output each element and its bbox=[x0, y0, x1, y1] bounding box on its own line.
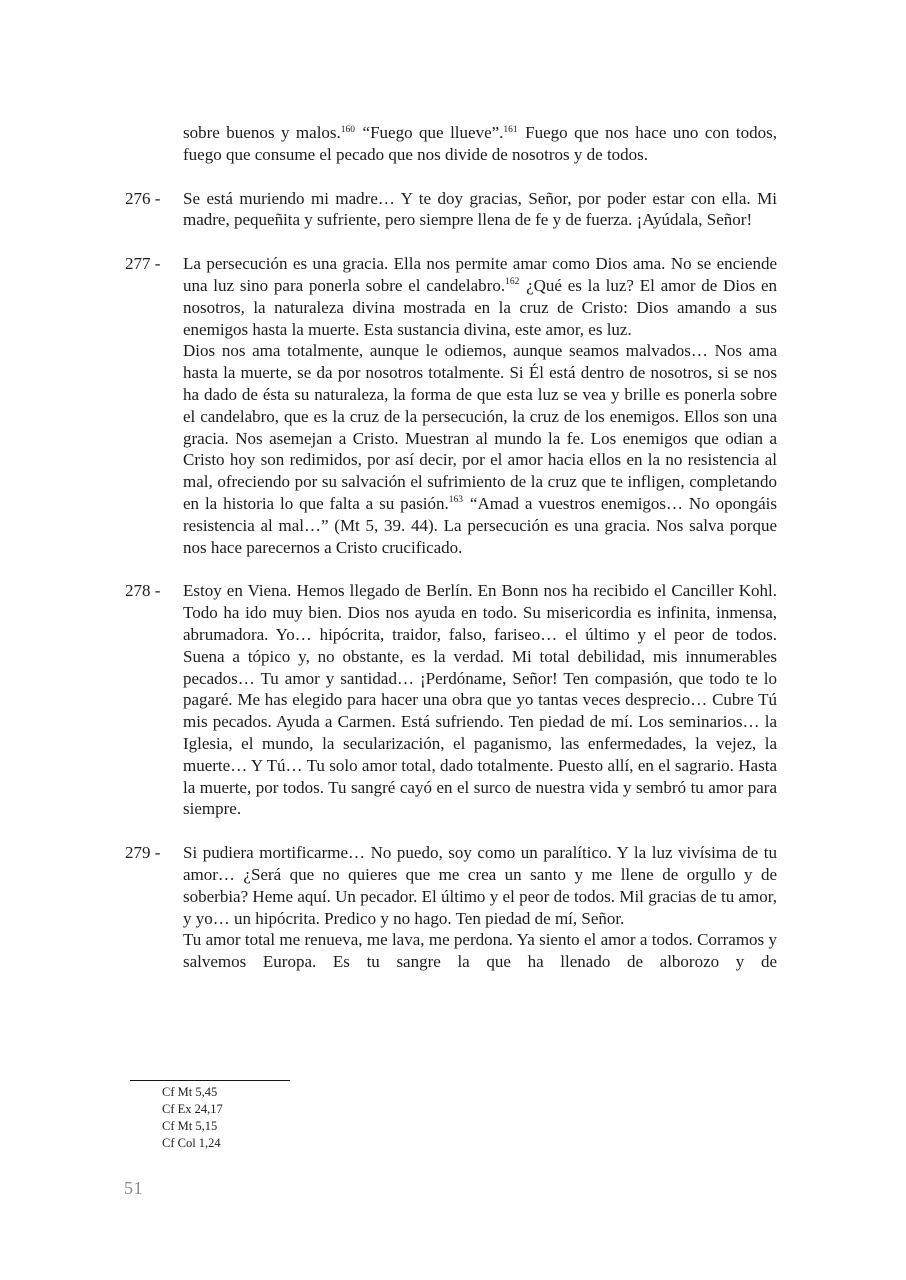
entry-278: 278 -Estoy en Viena. Hemos llegado de Be… bbox=[125, 580, 777, 820]
footnote: Cf Mt 5,45 bbox=[162, 1084, 223, 1101]
text-run: Estoy en Viena. Hemos llegado de Berlín.… bbox=[183, 581, 777, 818]
entry-number: 276 - bbox=[125, 188, 183, 232]
entry-body: Estoy en Viena. Hemos llegado de Berlín.… bbox=[183, 580, 777, 820]
entry-number: 277 - bbox=[125, 253, 183, 558]
text-run: Se está muriendo mi madre… Y te doy grac… bbox=[183, 189, 777, 230]
paragraph: Si pudiera mortificarme… No puedo, soy c… bbox=[183, 842, 777, 929]
paragraph: sobre buenos y malos.160 “Fuego que llue… bbox=[183, 122, 777, 166]
paragraph: Tu amor total me renueva, me lava, me pe… bbox=[183, 929, 777, 973]
entry-body: sobre buenos y malos.160 “Fuego que llue… bbox=[183, 122, 777, 166]
footnote-list: Cf Mt 5,45Cf Ex 24,17Cf Mt 5,15Cf Col 1,… bbox=[162, 1084, 223, 1152]
entry-276: 276 -Se está muriendo mi madre… Y te doy… bbox=[125, 188, 777, 232]
footnote-reference: 163 bbox=[449, 495, 463, 505]
entry-279: 279 -Si pudiera mortificarme… No puedo, … bbox=[125, 842, 777, 973]
entry-body: La persecución es una gracia. Ella nos p… bbox=[183, 253, 777, 558]
entry-number bbox=[125, 122, 183, 166]
footnote: Cf Mt 5,15 bbox=[162, 1118, 223, 1135]
paragraph: Dios nos ama totalmente, aunque le odiem… bbox=[183, 340, 777, 558]
footnote-reference: 160 bbox=[341, 125, 355, 135]
page-number: 51 bbox=[124, 1178, 143, 1199]
text-run: “Fuego que llueve”. bbox=[356, 123, 503, 142]
paragraph: Se está muriendo mi madre… Y te doy grac… bbox=[183, 188, 777, 232]
paragraph: La persecución es una gracia. Ella nos p… bbox=[183, 253, 777, 340]
entry-277: 277 -La persecución es una gracia. Ella … bbox=[125, 253, 777, 558]
footnote-reference: 161 bbox=[503, 125, 517, 135]
entry-number: 278 - bbox=[125, 580, 183, 820]
entry-body: Si pudiera mortificarme… No puedo, soy c… bbox=[183, 842, 777, 973]
text-run: Tu amor total me renueva, me lava, me pe… bbox=[183, 930, 777, 971]
entry-number: 279 - bbox=[125, 842, 183, 973]
text-block: sobre buenos y malos.160 “Fuego que llue… bbox=[125, 122, 777, 973]
footnote: Cf Col 1,24 bbox=[162, 1135, 223, 1152]
footnote-reference: 162 bbox=[505, 277, 519, 287]
text-run: Dios nos ama totalmente, aunque le odiem… bbox=[183, 341, 777, 513]
entry-continuation: sobre buenos y malos.160 “Fuego que llue… bbox=[125, 122, 777, 166]
entry-body: Se está muriendo mi madre… Y te doy grac… bbox=[183, 188, 777, 232]
text-run: Si pudiera mortificarme… No puedo, soy c… bbox=[183, 843, 777, 927]
footnote-separator bbox=[130, 1080, 290, 1081]
text-run: sobre buenos y malos. bbox=[183, 123, 341, 142]
footnote: Cf Ex 24,17 bbox=[162, 1101, 223, 1118]
paragraph: Estoy en Viena. Hemos llegado de Berlín.… bbox=[183, 580, 777, 820]
document-page: sobre buenos y malos.160 “Fuego que llue… bbox=[0, 0, 906, 1280]
